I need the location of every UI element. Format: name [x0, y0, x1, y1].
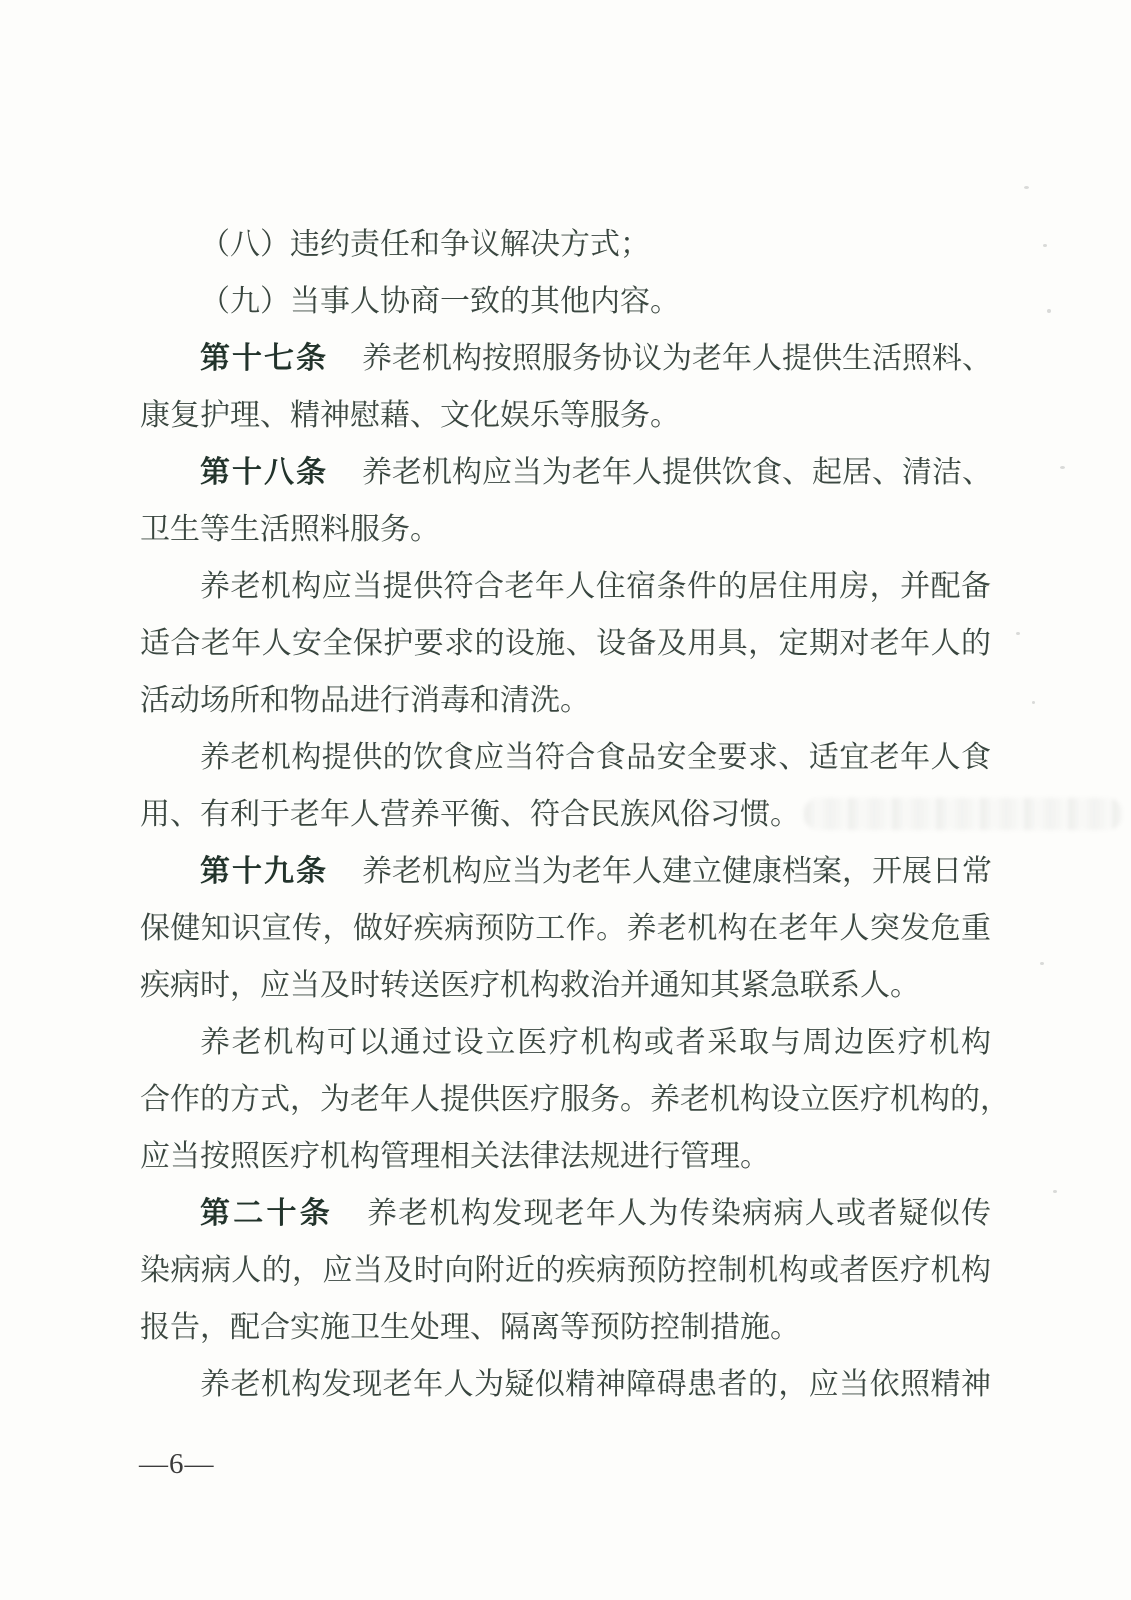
text-line: 养老机构提供的饮食应当符合食品安全要求、适宜老年人食 — [140, 729, 991, 786]
line-text: 染病病人的，应当及时向附近的疾病预防控制机构或者医疗机构 — [140, 1254, 991, 1287]
text-line: 疾病时，应当及时转送医疗机构救治并通知其紧急联系人。 — [140, 957, 991, 1014]
article-number-label: 第二十条 — [200, 1197, 333, 1230]
text-line: 第十八条养老机构应当为老年人提供饮食、起居、清洁、 — [140, 444, 991, 501]
scan-speck — [1043, 244, 1047, 247]
text-line: 养老机构发现老年人为疑似精神障碍患者的，应当依照精神 — [140, 1356, 991, 1413]
line-text: 卫生等生活照料服务。 — [140, 513, 440, 546]
scan-speck — [1032, 701, 1035, 704]
text-line: 养老机构可以通过设立医疗机构或者采取与周边医疗机构 — [140, 1014, 991, 1071]
scan-speck — [1040, 962, 1044, 965]
text-line: （八）违约责任和争议解决方式； — [140, 216, 991, 273]
text-line: 报告，配合实施卫生处理、隔离等预防控制措施。 — [140, 1299, 991, 1356]
text-line: （九）当事人协商一致的其他内容。 — [140, 273, 991, 330]
line-text: 养老机构发现老年人为疑似精神障碍患者的，应当依照精神 — [200, 1368, 991, 1401]
article-number-label: 第十七条 — [200, 342, 328, 375]
text-line: 染病病人的，应当及时向附近的疾病预防控制机构或者医疗机构 — [140, 1242, 991, 1299]
line-text: 养老机构应当提供符合老年人住宿条件的居住用房，并配备 — [200, 570, 991, 603]
scan-speck — [1016, 632, 1020, 635]
text-line: 应当按照医疗机构管理相关法律法规进行管理。 — [140, 1128, 991, 1185]
text-line: 保健知识宣传，做好疾病预防工作。养老机构在老年人突发危重 — [140, 900, 991, 957]
document-page: （八）违约责任和争议解决方式；（九）当事人协商一致的其他内容。第十七条养老机构按… — [0, 0, 1131, 1600]
line-text: 应当按照医疗机构管理相关法律法规进行管理。 — [140, 1140, 770, 1173]
line-text: 养老机构应当为老年人提供饮食、起居、清洁、 — [362, 456, 992, 489]
line-text: 养老机构提供的饮食应当符合食品安全要求、适宜老年人食 — [200, 741, 991, 774]
text-line: 活动场所和物品进行消毒和清洗。 — [140, 672, 991, 729]
line-text: 养老机构应当为老年人建立健康档案，开展日常 — [362, 855, 992, 888]
line-text: 疾病时，应当及时转送医疗机构救治并通知其紧急联系人。 — [140, 969, 920, 1002]
line-text: 适合老年人安全保护要求的设施、设备及用具，定期对老年人的 — [140, 627, 991, 660]
line-text: 养老机构按照服务协议为老年人提供生活照料、 — [362, 342, 992, 375]
line-text: （八）违约责任和争议解决方式； — [200, 228, 650, 261]
scan-speck — [1053, 1190, 1057, 1193]
line-text: 保健知识宣传，做好疾病预防工作。养老机构在老年人突发危重 — [140, 912, 991, 945]
page-number: —6— — [139, 1444, 215, 1484]
line-text: 报告，配合实施卫生处理、隔离等预防控制措施。 — [140, 1311, 800, 1344]
text-line: 第二十条养老机构发现老年人为传染病病人或者疑似传 — [140, 1185, 991, 1242]
text-line: 康复护理、精神慰藉、文化娱乐等服务。 — [140, 387, 991, 444]
text-line: 适合老年人安全保护要求的设施、设备及用具，定期对老年人的 — [140, 615, 991, 672]
line-text: 养老机构发现老年人为传染病病人或者疑似传 — [367, 1197, 991, 1230]
scan-speck — [1024, 186, 1029, 189]
article-number-label: 第十八条 — [200, 456, 328, 489]
scan-speck — [1060, 466, 1065, 469]
text-line: 第十七条养老机构按照服务协议为老年人提供生活照料、 — [140, 330, 991, 387]
line-text: 康复护理、精神慰藉、文化娱乐等服务。 — [140, 399, 680, 432]
text-body: （八）违约责任和争议解决方式；（九）当事人协商一致的其他内容。第十七条养老机构按… — [140, 216, 991, 1413]
text-line: 第十九条养老机构应当为老年人建立健康档案，开展日常 — [140, 843, 991, 900]
text-line: 用、有利于老年人营养平衡、符合民族风俗习惯。 — [140, 786, 991, 843]
text-line: 合作的方式，为老年人提供医疗服务。养老机构设立医疗机构的， — [140, 1071, 991, 1128]
line-text: 养老机构可以通过设立医疗机构或者采取与周边医疗机构 — [200, 1026, 991, 1059]
line-text: （九）当事人协商一致的其他内容。 — [200, 285, 680, 318]
scan-speck — [1047, 309, 1051, 313]
article-number-label: 第十九条 — [200, 855, 328, 888]
text-line: 养老机构应当提供符合老年人住宿条件的居住用房，并配备 — [140, 558, 991, 615]
line-text: 合作的方式，为老年人提供医疗服务。养老机构设立医疗机构的， — [140, 1083, 1010, 1116]
text-line: 卫生等生活照料服务。 — [140, 501, 991, 558]
line-text: 活动场所和物品进行消毒和清洗。 — [140, 684, 590, 717]
line-text: 用、有利于老年人营养平衡、符合民族风俗习惯。 — [140, 798, 800, 831]
